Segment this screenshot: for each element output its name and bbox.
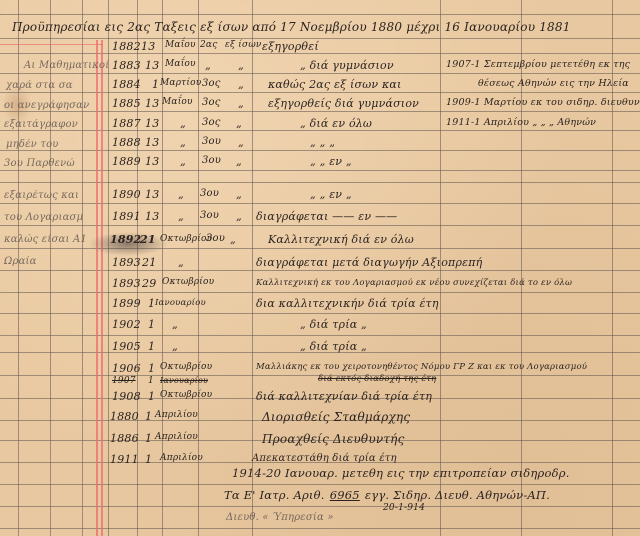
entry-year: 1890 (112, 188, 141, 201)
entry-number: 1 (148, 362, 155, 375)
entry-note: „ (236, 188, 242, 201)
entry-month: Οκτωβρίου (162, 277, 214, 287)
entry-month: Μαΐου (165, 59, 196, 69)
entry-number: 1 (148, 340, 155, 353)
entry-remark: Καλλιτεχνική εκ του Λογαριασμού εκ νέου … (256, 278, 572, 288)
entry-number: 29 (142, 277, 156, 290)
side-note-line: 1909-1 Μαρτίου εκ του σιδηρ. διευθυντής (446, 97, 640, 108)
entry-note: „ (238, 78, 244, 91)
entry-year: 1887 (112, 117, 141, 130)
entry-month: Οκτωβρίου (160, 234, 212, 244)
entry-year: 1888 (112, 136, 141, 149)
entry-number: 13 (145, 117, 159, 130)
entry-month-struck: Ιανουαρίου (160, 376, 208, 385)
entry-year: 1883 (112, 59, 141, 72)
side-note-line: 1911-1 Απριλίου „ „ „ Αθηνών (446, 117, 596, 128)
entry-remark: „ „ εν „ (310, 155, 352, 168)
footer-number: 6965 (330, 488, 360, 502)
entry-year: 1902 (112, 318, 141, 331)
entry-note: „ (230, 233, 236, 246)
entry-remark: εξηγορθεί (262, 40, 319, 53)
entry-number: 13 (145, 59, 159, 72)
entry-class: 3ου (202, 136, 221, 147)
entry-class: 3ος (202, 117, 221, 128)
entry-remark: „ „ εν „ (310, 188, 352, 201)
margin-note-line: του Λογαριασμ (4, 212, 83, 223)
entry-month: Απριλίου (155, 410, 198, 420)
rule-line (0, 38, 640, 39)
entry-number: 13 (145, 210, 159, 223)
entry-number: 21 (142, 256, 156, 269)
entry-class: 3ου (206, 233, 225, 244)
entry-number: 1 (145, 432, 152, 445)
entry-note: „ (236, 117, 242, 130)
entry-year: 1911 (110, 453, 139, 466)
margin-note-line: εξαιτάγραφον (4, 119, 78, 130)
entry-remark: „ „ „ (310, 136, 335, 149)
margin-note-line: 3ου Παρθενώ (4, 158, 75, 169)
entry-number: 13 (145, 97, 159, 110)
entry-month: „ (180, 117, 186, 130)
entry-month: „ (178, 256, 184, 269)
entry-note: εξ ίσων (225, 40, 262, 50)
entry-month: Οκτωβρίου (160, 390, 212, 400)
margin-note-line: χαρά στα σα (6, 80, 73, 91)
entry-remark: διαγράφεται —— εν —— (256, 210, 397, 223)
entry-year: 1884 (112, 78, 141, 91)
entry-note: „ (236, 210, 242, 223)
entry-number: 1 (145, 453, 152, 466)
column-line (82, 0, 83, 536)
entry-remark: „ διά τρία „ (300, 340, 367, 353)
entry-year: 1893 (112, 256, 141, 269)
entry-year: 1891 (112, 210, 141, 223)
entry-year: 1893 (112, 277, 141, 290)
entry-class: 3ου (200, 210, 219, 221)
entry-remark-struck: διά εκτός διαδοχή της έτη (318, 374, 436, 384)
entry-year: 1882 (112, 40, 141, 53)
entry-month: Ιανουαρίου (155, 298, 206, 308)
column-line (108, 0, 109, 536)
entry-month: „ (172, 340, 178, 353)
entry-remark: Διορισθείς Σταθμάρχης (262, 410, 410, 424)
margin-note-line: Ωραία (4, 256, 37, 267)
margin-red-line (96, 40, 98, 536)
footer-signature: Διευθ. « Ύπηρεσία » (226, 512, 334, 523)
entry-month: Μαΐου (165, 40, 196, 50)
entry-number: 13 (145, 155, 159, 168)
entry-remark: εξηγορθείς διά γυμνάσιον (268, 97, 419, 110)
entry-remark: „ διά γυμνάσιον (300, 59, 394, 72)
entry-number: 13 (145, 188, 159, 201)
margin-note-line: μηδέν του (6, 139, 59, 150)
entry-remark: Προαχθείς Διευθυντής (262, 432, 405, 446)
margin-note-line: εξαιρέτως και (4, 190, 79, 201)
entry-year: 1908 (112, 390, 141, 403)
side-note-line: 1907-1 Σεπτεμβρίου μετετέθη εκ της (446, 59, 630, 70)
entry-class: 3ου (202, 155, 221, 166)
entry-year: 1885 (112, 97, 141, 110)
margin-note-line: καλώς είσαι Α1 (4, 234, 87, 245)
footer-prefix: Τα Ε' Ιατρ. Αριθ. (224, 488, 325, 502)
entry-year: 1880 (110, 410, 139, 423)
entry-class: „ (205, 59, 211, 72)
entry-year: 1905 (112, 340, 141, 353)
entry-month: Απριλίου (160, 453, 203, 463)
entry-remark: δια καλλιτεχνικήν διά τρία έτη (256, 297, 439, 310)
entry-number: 1 (148, 390, 155, 403)
entry-month: „ (172, 318, 178, 331)
entry-month: „ (178, 188, 184, 201)
entry-month: „ (180, 136, 186, 149)
side-note-line: θέσεως Αθηνών εις την Ηλεία (478, 78, 629, 89)
margin-red-line (101, 40, 103, 536)
entry-note: „ (236, 155, 242, 168)
entry-remark: Μαλλιάκης εκ του χειροτονηθέντος Νόμου Γ… (256, 362, 587, 372)
footer-line-1: 1914-20 Ιανουαρ. μετεθη εις την επιτροπε… (232, 466, 570, 480)
entry-year: 1899 (112, 297, 141, 310)
margin-note-line: Αι Μαθηματικοί (24, 60, 109, 71)
entry-year: 1892 (110, 233, 141, 246)
ledger-page: Προϋπηρεσίαι εις 2ας Ταξεις εξ ίσων από … (0, 0, 640, 536)
entry-month: Μαρτίου (160, 78, 201, 88)
entry-number: 13 (145, 136, 159, 149)
entry-month: Μαΐου (162, 97, 193, 107)
entry-number: 1 (148, 318, 155, 331)
ledger-header: Προϋπηρεσίαι εις 2ας Ταξεις εξ ίσων από … (12, 20, 571, 34)
entry-class: 2ας (200, 40, 217, 50)
entry-number: 13 (141, 40, 155, 53)
entry-year-struck: 1907 (112, 376, 136, 386)
entry-number: 21 (140, 233, 156, 246)
entry-note: „ (238, 136, 244, 149)
entry-year: 1889 (112, 155, 141, 168)
entry-number: 1 (152, 78, 159, 91)
entry-class: 3ου (200, 188, 219, 199)
margin-red-rule (0, 44, 103, 45)
entry-remark: διαγράφεται μετά διαγωγήν Αξιοπρεπή (256, 256, 482, 269)
entry-note: „ (238, 97, 244, 110)
footer-date: 20-1-914 (383, 503, 425, 513)
entry-month: Οκτωβρίου (160, 362, 212, 372)
margin-note-line: οι ανεγράφησαν (4, 100, 89, 111)
entry-year: 1886 (110, 432, 139, 445)
entry-number: 1 (145, 410, 152, 423)
entry-number: 1 (148, 376, 154, 386)
entry-remark: „ διά τρία „ (300, 318, 367, 331)
entry-month: Απριλίου (155, 432, 198, 442)
rule-line (0, 14, 640, 15)
entry-month: „ (180, 155, 186, 168)
footer-suffix: εγγ. Σιδηρ. Διευθ. Αθηνών-ΑΠ. (365, 488, 550, 502)
entry-remark: Καλλιτεχνική διά εν όλω (268, 233, 414, 246)
entry-year: 1906 (112, 362, 141, 375)
footer-line-2: Τα Ε' Ιατρ. Αριθ. 6965 εγγ. Σιδηρ. Διευθ… (224, 484, 550, 503)
entry-remark: καθώς 2ας εξ ίσων και (268, 78, 402, 91)
entry-month: „ (178, 210, 184, 223)
entry-remark: Απεκατεστάθη διά τρία έτη (252, 453, 397, 464)
entry-remark: διά καλλιτεχνίαν διά τρία έτη (256, 390, 432, 403)
entry-class: 3ος (202, 78, 221, 89)
entry-class: 3ος (202, 97, 221, 108)
entry-remark: „ διά εν όλω (300, 117, 372, 130)
entry-note: „ (238, 59, 244, 72)
